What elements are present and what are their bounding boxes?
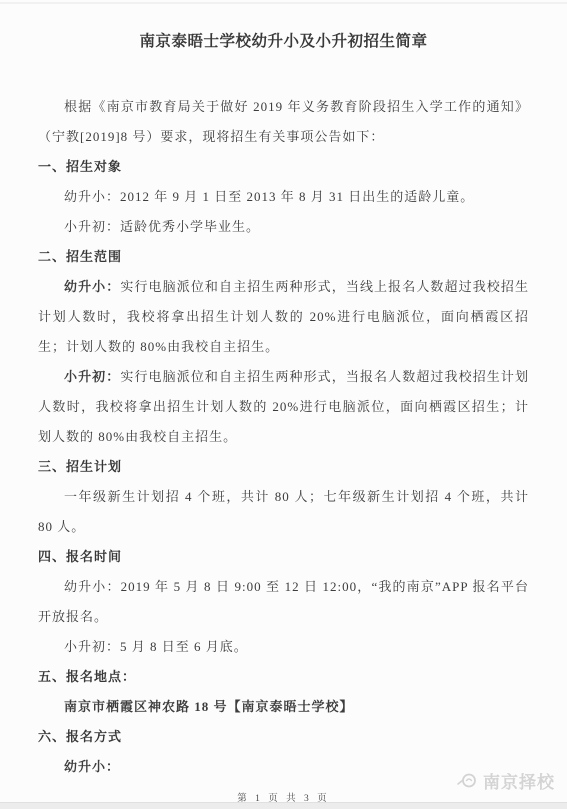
section-heading: 一、招生对象 <box>38 152 529 182</box>
paragraph: 根据《南京市教育局关于做好 2019 年义务教育阶段招生入学工作的通知》（宁教[… <box>38 92 529 152</box>
section-heading: 六、报名方式 <box>38 722 529 752</box>
paragraph: 幼升小：2019 年 5 月 8 日 9:00 至 12 日 12:00，“我的… <box>38 572 529 632</box>
paragraph: 一年级新生计划招 4 个班，共计 80 人；七年级新生计划招 4 个班，共计 8… <box>38 482 529 542</box>
document-title: 南京泰晤士学校幼升小及小升初招生简章 <box>38 30 529 54</box>
paragraph: 小升初：5 月 8 日至 6 月底。 <box>38 632 529 662</box>
section-heading: 二、招生范围 <box>38 242 529 272</box>
section-heading: 五、报名地点： <box>38 662 529 692</box>
nanjing-zexiao-logo-icon <box>456 770 478 792</box>
watermark: 南京择校 <box>456 768 555 793</box>
page-top-edge <box>0 2 567 4</box>
watermark-label: 南京择校 <box>483 768 555 793</box>
paragraph: 小升初：实行电脑派位和自主招生两种形式，当报名人数超过我校招生计划人数时，我校将… <box>38 362 529 452</box>
section-heading: 四、报名时间 <box>38 542 529 572</box>
paragraph: 南京市栖霞区神农路 18 号【南京泰晤士学校】 <box>38 692 529 722</box>
document-body: 根据《南京市教育局关于做好 2019 年义务教育阶段招生入学工作的通知》（宁教[… <box>38 92 529 782</box>
paragraph: 幼升小：实行电脑派位和自主招生两种形式，当线上报名人数超过我校招生计划人数时，我… <box>38 272 529 362</box>
admissions-notice-page: 南京泰晤士学校幼升小及小升初招生简章 根据《南京市教育局关于做好 2019 年义… <box>0 0 567 804</box>
bottom-edge-bar <box>0 802 567 809</box>
paragraph-lead: 幼升小： <box>64 279 120 294</box>
paragraph-lead: 小升初： <box>64 369 120 384</box>
section-heading: 三、招生计划 <box>38 452 529 482</box>
paragraph: 幼升小：2012 年 9 月 1 日至 2013 年 8 月 31 日出生的适龄… <box>38 182 529 212</box>
paragraph: 小升初：适龄优秀小学毕业生。 <box>38 212 529 242</box>
